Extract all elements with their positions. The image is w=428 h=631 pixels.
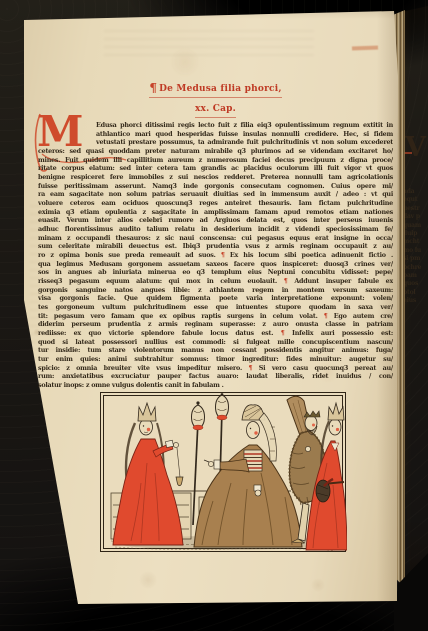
facing-page-text-fragment: mo lu	[403, 247, 427, 255]
facing-page-text-fragment: equt	[403, 196, 427, 204]
text-line: ceteros: sed quasi quoddam preter natura…	[38, 147, 393, 156]
text-line: tit: pegasum vero famam que ex opibus ra…	[38, 312, 393, 321]
text-line: benigne respiceret fere immobiles z sui …	[38, 173, 393, 182]
lady-center	[194, 405, 302, 547]
text-line: rediisse: ex quo victorie splendore fabu…	[38, 329, 393, 338]
text-line: minam z occupandi thesauros: z sic naui …	[38, 234, 393, 243]
rubric-pilcrow-icon: ¶	[248, 364, 252, 372]
facing-page-text-fragment: eius	[403, 297, 427, 305]
text-line: quod si lateat possessori nullius est co…	[38, 338, 393, 347]
text-line: solatur inops: z omne vulgus dolentis ca…	[38, 381, 393, 390]
facing-page-text-fragment: pam	[403, 272, 427, 280]
text-line: ro z opima bonis sue preda remeauit ad s…	[38, 251, 393, 260]
woodcut-scene	[101, 393, 347, 553]
text-line: rum: anxietatibus excruciatur pauper fac…	[38, 372, 393, 381]
facing-page-text-fragment: quam	[403, 222, 427, 230]
text-line: fuisse peritissimam asserunt. Namq3 inde…	[38, 182, 393, 191]
text-line: risseq3 pegasum equum alatum: qui mox in…	[38, 277, 393, 286]
text-line: visa gorgonis facie. Que quidem figmenta…	[38, 294, 393, 303]
queen-left	[113, 403, 183, 545]
text-line: gorgonis sanguine natos angues libie: z …	[38, 286, 393, 295]
facing-page-text-fragment: ada	[403, 188, 427, 196]
photograph-of-book-opening: { "scene": { "background_color": "#16141…	[0, 0, 428, 631]
text-line: tur enim quies: animi subtrahitur somnus…	[38, 355, 393, 364]
text-line: vetustati prestare possumus, ta admirand…	[96, 138, 393, 147]
lombard-initial-m: M	[37, 112, 84, 152]
facing-page-text-fragment: si pm	[403, 255, 427, 263]
body-text: Edusa phorci ditissimi regis lecto fuit …	[38, 121, 393, 390]
facing-page-text-fragment: duip	[403, 230, 427, 238]
text-line: sum celeritate mirabili deuectus est. Ib…	[38, 242, 393, 251]
text-line: athlantico mari quod hesperidas fuisse i…	[96, 130, 393, 139]
text-line: ra eam sagacitate non solum patrias seru…	[38, 190, 393, 199]
woodcut-illustration	[100, 392, 346, 552]
text-line: qua legimus Medusam gorgonem assuetam sa…	[38, 260, 393, 269]
facing-page-text-fragment: dav p	[403, 213, 427, 221]
facing-page-text-fragments: adaequtuestrdav pquamduipmchtmo lusi pmp…	[403, 188, 427, 306]
text-line: Edusa phorci ditissimi regis lecto fuit …	[96, 121, 393, 130]
text-line: adhuc florentissimus audito talium relat…	[38, 225, 393, 234]
facing-page-text-fragment: mcht	[403, 238, 427, 246]
chapter-number: xx. Cap.	[195, 102, 236, 118]
rubric-pilcrow-icon: ¶	[221, 251, 225, 259]
facing-page-text-fragment: quos	[403, 280, 427, 288]
rubric-pilcrow-icon: ¶	[324, 312, 328, 320]
rubric-pilcrow-icon: ¶	[281, 329, 285, 337]
text-line: tes gorgoneum vultum pulchritudinem esse…	[38, 303, 393, 312]
rubric-pilcrow-icon: ¶	[149, 81, 157, 95]
text-line: euasit. Verum inter alios celebri rumore…	[38, 216, 393, 225]
chapter-title: De Medusa filia phorci,	[159, 84, 282, 94]
text-line: eximia q3 etiam opulentia z sagacitate i…	[38, 208, 393, 217]
facing-page-text-fragment: uestr	[403, 205, 427, 213]
ink-showthrough	[104, 30, 314, 62]
facing-page-initial: V	[405, 134, 426, 161]
text-line: tur insidie: tum stare violentorum manus…	[38, 346, 393, 355]
text-line: sos in angues ab iniuriata minerua eo q3…	[38, 268, 393, 277]
text-line: voluere ceteros eam ociduos quoscunq3 re…	[38, 199, 393, 208]
text-line: diderim perseum prudentia z armis regina…	[38, 320, 393, 329]
rubric-pilcrow-icon: ¶	[284, 277, 288, 285]
facing-page-rubric-mark	[404, 152, 412, 154]
facing-page-text-fragment: ptol	[403, 289, 427, 297]
text-line: mines. Fuit quidem illi capillitium aure…	[38, 156, 393, 165]
text-line: spicio: z omnia breuiter vite vsus imped…	[38, 364, 393, 373]
facing-page-text-fragment: pchre	[403, 264, 427, 272]
text-line: ritate corpus elatum: sed inter cetera t…	[38, 164, 393, 173]
